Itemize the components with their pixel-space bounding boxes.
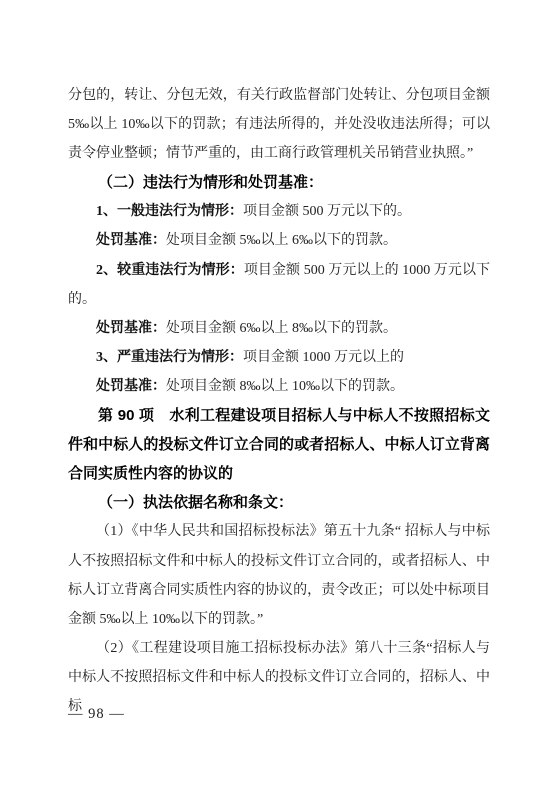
- item1-basis-label: 处罚基准：: [96, 233, 166, 248]
- item1-basis-paragraph: 处罚基准：处项目金额 5‰以上 6‰以下的罚款。: [68, 226, 490, 255]
- item3-text: 项目金额 1000 万元以上的: [243, 350, 404, 365]
- item2-basis-paragraph: 处罚基准：处项目金额 6‰以上 8‰以下的罚款。: [68, 314, 490, 343]
- clause1-paragraph: （1）《中华人民共和国招标投标法》第五十九条“ 招标人与中标人不按照招标文件和中…: [68, 517, 490, 633]
- item3-basis-paragraph: 处罚基准：处项目金额 8‰以上 10‰以下的罚款。: [68, 372, 490, 401]
- item1-paragraph: 1、一般违法行为情形：项目金额 500 万元以下的。: [68, 197, 490, 226]
- page-number: — 98 —: [68, 703, 125, 725]
- item3-paragraph: 3、严重违法行为情形：项目金额 1000 万元以上的: [68, 343, 490, 372]
- document-page: 分包的，转让、分包无效，有关行政监督部门处转让、分包项目金额 5‰以上 10‰以…: [0, 0, 555, 785]
- item2-label: 2、较重违法行为情形：: [96, 263, 244, 278]
- section2-heading: （二）违法行为情形和处罚基准：: [68, 168, 490, 197]
- clause2-paragraph: （2）《工程建设项目施工招标投标办法》第八十三条“招标人与中标人不按照招标文件和…: [68, 634, 490, 721]
- item3-basis-label: 处罚基准：: [96, 379, 166, 394]
- item2-basis-text: 处项目金额 6‰以上 8‰以下的罚款。: [166, 321, 397, 336]
- item90-heading: 第 90 项 水利工程建设项目招标人与中标人不按照招标文件和中标人的投标文件订立…: [68, 401, 490, 488]
- item3-label: 3、严重违法行为情形：: [96, 350, 243, 365]
- item3-basis-text: 处项目金额 8‰以上 10‰以下的罚款。: [166, 379, 404, 394]
- item1-text: 项目金额 500 万元以下的。: [243, 204, 411, 219]
- item2-basis-label: 处罚基准：: [96, 321, 166, 336]
- continuation-paragraph: 分包的，转让、分包无效，有关行政监督部门处转让、分包项目金额 5‰以上 10‰以…: [68, 81, 490, 168]
- item1-label: 1、一般违法行为情形：: [96, 204, 243, 219]
- item1-basis-text: 处项目金额 5‰以上 6‰以下的罚款。: [166, 233, 397, 248]
- text-block: 分包的，转让、分包无效，有关行政监督部门处转让、分包项目金额 5‰以上 10‰以…: [68, 81, 490, 721]
- section1-heading: （一）执法依据名称和条文：: [68, 488, 490, 517]
- item2-paragraph: 2、较重违法行为情形：项目金额 500 万元以上的 1000 万元以下的。: [68, 256, 490, 314]
